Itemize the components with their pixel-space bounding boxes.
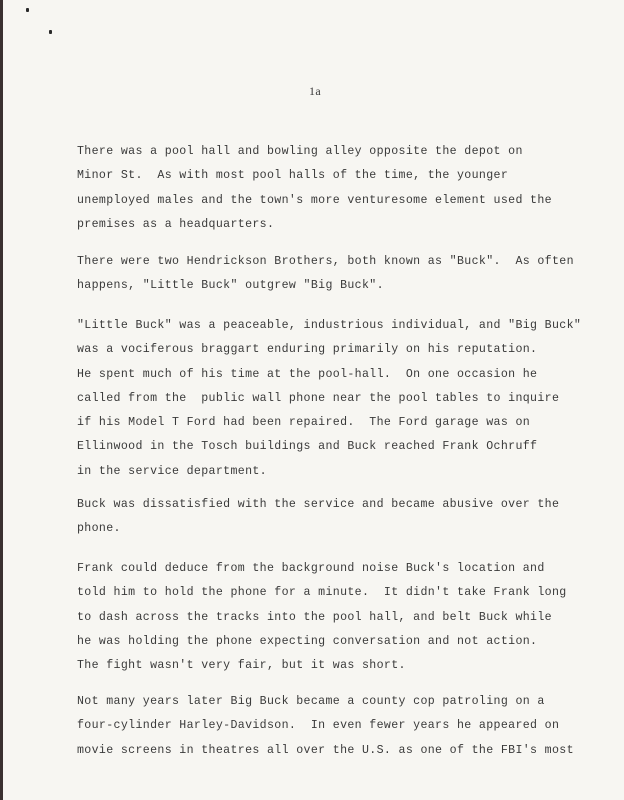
text-line: if his Model T Ford had been repaired. T… [77, 416, 530, 429]
text-line: phone. [77, 522, 121, 535]
scan-edge [0, 0, 3, 800]
text-line: There was a pool hall and bowling alley … [77, 145, 523, 158]
paragraph-frank-fight: Frank could deduce from the background n… [77, 557, 567, 678]
text-line: in the service department. [77, 465, 267, 478]
text-line: called from the public wall phone near t… [77, 392, 559, 405]
scan-speck [49, 30, 52, 34]
text-line: Not many years later Big Buck became a c… [77, 695, 545, 708]
text-line: Ellinwood in the Tosch buildings and Buc… [77, 440, 537, 453]
text-line: told him to hold the phone for a minute.… [77, 586, 567, 599]
text-line: four-cylinder Harley-Davidson. In even f… [77, 719, 559, 732]
paragraph-later-years: Not many years later Big Buck became a c… [77, 690, 574, 763]
text-line: he was holding the phone expecting conve… [77, 635, 537, 648]
text-line: Minor St. As with most pool halls of the… [77, 169, 508, 182]
paragraph-pool-hall: There was a pool hall and bowling alley … [77, 140, 552, 237]
text-line: There were two Hendrickson Brothers, bot… [77, 255, 574, 268]
page-number: 1a [0, 84, 624, 99]
scan-speck [26, 8, 29, 12]
text-line: "Little Buck" was a peaceable, industrio… [77, 319, 581, 332]
paragraph-dissatisfied: Buck was dissatisfied with the service a… [77, 493, 559, 542]
text-line: happens, "Little Buck" outgrew "Big Buck… [77, 279, 384, 292]
document-page: 1a There was a pool hall and bowling all… [0, 0, 624, 800]
paragraph-hendrickson-brothers: There were two Hendrickson Brothers, bot… [77, 250, 574, 299]
text-line: was a vociferous braggart enduring prima… [77, 343, 537, 356]
paragraph-big-buck: "Little Buck" was a peaceable, industrio… [77, 314, 581, 484]
text-line: Buck was dissatisfied with the service a… [77, 498, 559, 511]
text-line: He spent much of his time at the pool-ha… [77, 368, 537, 381]
text-line: movie screens in theatres all over the U… [77, 744, 574, 757]
text-line: unemployed males and the town's more ven… [77, 194, 552, 207]
text-line: to dash across the tracks into the pool … [77, 611, 552, 624]
text-line: premises as a headquarters. [77, 218, 274, 231]
text-line: Frank could deduce from the background n… [77, 562, 545, 575]
text-line: The fight wasn't very fair, but it was s… [77, 659, 406, 672]
